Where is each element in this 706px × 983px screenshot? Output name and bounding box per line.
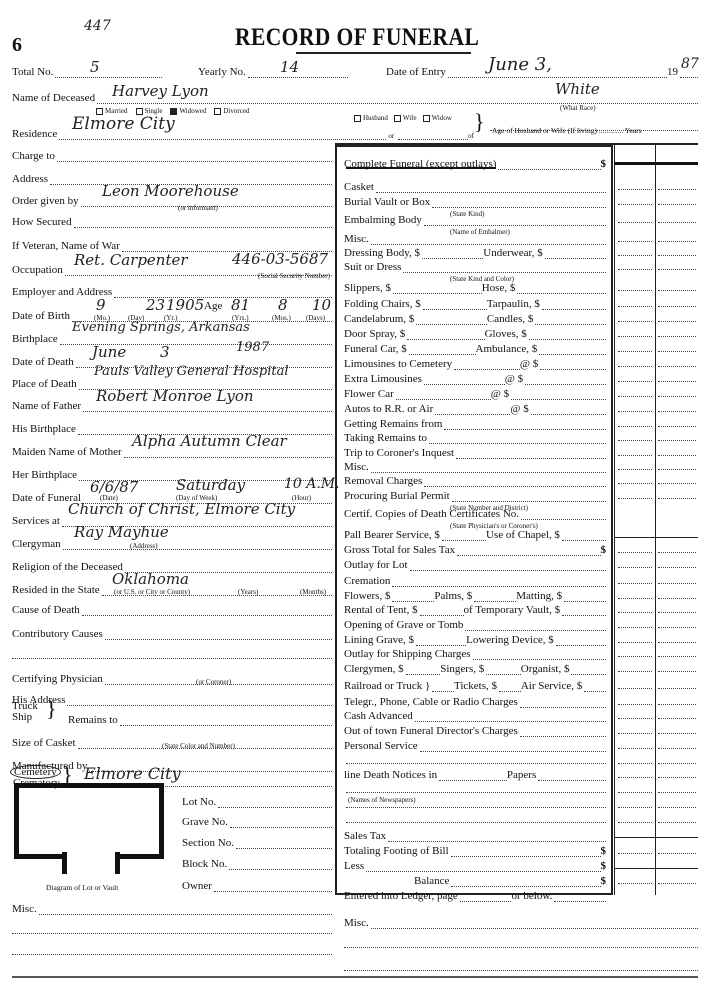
amount-separator: [614, 837, 698, 838]
charge-row-label: Trip to Coroner's Inquest: [344, 447, 454, 459]
birthplace-value: Evening Springs, Arkansas: [72, 320, 250, 335]
charge-row-label: Funeral Car, $: [344, 343, 407, 355]
amount-dollars-field[interactable]: [618, 567, 652, 568]
charge-row[interactable]: Limousines to Cemetery@ $: [344, 358, 606, 370]
amount-cents-field[interactable]: [658, 688, 696, 689]
charge-row-label: @ $: [510, 403, 528, 415]
charge-row[interactable]: [344, 799, 606, 808]
amount-dollars-field[interactable]: [618, 222, 652, 223]
amount-cents-field[interactable]: [658, 440, 696, 441]
age-days: 10: [312, 296, 331, 314]
charge-row[interactable]: Cash Advanced: [344, 710, 606, 722]
charge-row[interactable]: Funeral Car, $Ambulance, $: [344, 343, 606, 355]
place-of-death-value: Pauls Valley General Hospital: [94, 364, 289, 379]
charge-row-label: Ambulance, $: [476, 343, 538, 355]
charge-row-label: Railroad or Truck }: [344, 680, 430, 692]
amount-cents-field[interactable]: [658, 204, 696, 205]
marital-divorced[interactable]: Divorced: [214, 107, 249, 115]
charge-row[interactable]: Outlay for Shipping Charges: [344, 648, 606, 660]
charge-row[interactable]: Opening of Grave or Tomb: [344, 619, 606, 631]
charge-row[interactable]: [344, 784, 606, 793]
amount-dollars-field[interactable]: [618, 455, 652, 456]
amount-dollars-field[interactable]: [618, 642, 652, 643]
amount-cents-field[interactable]: [658, 396, 696, 397]
age-months: 8: [278, 296, 288, 314]
amount-cents-field[interactable]: [658, 483, 696, 484]
amount-dollars-field[interactable]: [618, 883, 652, 884]
charge-row-label: @ $: [491, 388, 509, 400]
charge-row[interactable]: Casket: [344, 181, 606, 193]
charge-row[interactable]: Flower Car@ $: [344, 388, 606, 400]
amount-dollars-field[interactable]: [618, 426, 652, 427]
spouse-group: Husband Wife Widow: [354, 114, 452, 122]
hint-months: (Months): [300, 588, 326, 596]
amount-cents-field[interactable]: [658, 567, 696, 568]
dollar-sign: $: [601, 158, 607, 170]
dod-day: 3: [160, 343, 170, 361]
clergyman-value: Ray Mayhue: [74, 523, 169, 541]
block-no-field[interactable]: Block No.: [182, 858, 332, 870]
diagram-caption: Diagram of Lot or Vault: [46, 883, 118, 892]
charge-row[interactable]: Slippers, $Hose, $: [344, 282, 606, 294]
charge-row-label: Complete Funeral (except outlays): [344, 158, 496, 170]
charge-row-label: of Temporary Vault, $: [464, 604, 561, 616]
charge-row-label: Lowering Device, $: [466, 634, 554, 646]
charge-row-label: Cremation: [344, 575, 390, 587]
amount-cents-field[interactable]: [658, 853, 696, 854]
hint-resided: (or U.S. or City or County): [114, 588, 190, 596]
title-underline: [296, 52, 471, 54]
ssn-value: 446-03-5687: [232, 250, 328, 268]
brace: }: [474, 112, 485, 132]
cause-of-death-field[interactable]: Cause of Death: [12, 604, 332, 616]
amount-dollars-field[interactable]: [618, 483, 652, 484]
charge-row-label: Removal Charges: [344, 475, 422, 487]
amount-dollars-field[interactable]: [618, 469, 652, 470]
amount-dollars-field[interactable]: [618, 396, 652, 397]
charge-row-label: Flowers, $: [344, 590, 390, 602]
amount-dollars-field[interactable]: [618, 656, 652, 657]
charge-row-label: Personal Service: [344, 740, 418, 752]
charge-row-label: Opening of Grave or Tomb: [344, 619, 463, 631]
charge-row-label: Extra Limousines: [344, 373, 422, 385]
amount-dollars-field[interactable]: [618, 189, 652, 190]
yearly-no-field[interactable]: Yearly No.: [198, 66, 348, 78]
charge-row[interactable]: Clergymen, $Singers, $Organist, $: [344, 663, 606, 675]
amount-cents-field[interactable]: [658, 883, 696, 884]
remains-to-field[interactable]: Remains to: [68, 714, 332, 726]
hint-years: (Years): [238, 588, 258, 596]
amount-cents-field[interactable]: [658, 792, 696, 793]
amount-dollars-field[interactable]: [618, 763, 652, 764]
charge-row-label: Door Spray, $: [344, 328, 405, 340]
amount-cents-field[interactable]: [658, 336, 696, 337]
charge-row-label: Papers: [507, 769, 536, 781]
casket-hint: (State Color and Number): [162, 742, 235, 750]
charge-row-label: Out of town Funeral Director's Charges: [344, 725, 518, 737]
race-hint: (What Race): [560, 104, 596, 112]
charge-row-label: Autos to R.R. or Air: [344, 403, 433, 415]
charge-row-label: Rental of Tent, $: [344, 604, 418, 616]
charge-row[interactable]: Taking Remains to: [344, 432, 606, 444]
amount-cents-field[interactable]: [658, 598, 696, 599]
charge-row-label: Telegr., Phone, Cable or Radio Charges: [344, 696, 518, 708]
charge-row-label: Palms, $: [434, 590, 472, 602]
charge-row-label: Matting, $: [516, 590, 562, 602]
charge-row-label: Candelabrum, $: [344, 313, 414, 325]
amount-cents-field[interactable]: [658, 498, 696, 499]
hint-days: (Days): [306, 314, 325, 322]
charge-row-label: Procuring Burial Permit: [344, 490, 450, 502]
misc-line-left[interactable]: [12, 946, 332, 955]
amount-dollars-field[interactable]: [618, 351, 652, 352]
misc-field-left[interactable]: Misc.: [12, 903, 332, 915]
charge-row-label: Gloves, $: [485, 328, 527, 340]
charge-row-label: Hose, $: [482, 282, 516, 294]
charge-row-label: Cash Advanced: [344, 710, 413, 722]
charge-row[interactable]: Lining Grave, $Lowering Device, $: [344, 634, 606, 646]
amount-cents-field[interactable]: [658, 269, 696, 270]
charge-row-label: Misc.: [344, 233, 369, 245]
amount-cents-field[interactable]: [658, 241, 696, 242]
charge-row-label: Outlay for Lot: [344, 559, 408, 571]
order-given-by-value: Leon Moorehouse: [102, 182, 239, 200]
residence-value: Elmore City: [72, 114, 175, 134]
clergyman-address-hint: (Address): [130, 542, 158, 550]
charge-row-label: Candles, $: [487, 313, 533, 325]
charge-row-label: Entered into Ledger, page: [344, 890, 458, 902]
charge-row[interactable]: Procuring Burial Permit: [344, 490, 606, 502]
column-divider: [611, 143, 613, 895]
informant-hint: (or informant): [178, 204, 218, 212]
total-no-field[interactable]: Total No.: [12, 66, 162, 78]
amount-cents-field[interactable]: [658, 222, 696, 223]
page-title: RECORD OF FUNERAL: [235, 24, 479, 52]
charge-row-label: Less: [344, 860, 364, 872]
amount-cents-field[interactable]: [658, 612, 696, 613]
charge-row[interactable]: Flowers, $Palms, $Matting, $: [344, 590, 606, 602]
dod-month: June: [92, 343, 126, 361]
amount-dollars-field[interactable]: [618, 853, 652, 854]
page-number: 6: [12, 34, 22, 57]
charge-row[interactable]: Telegr., Phone, Cable or Radio Charges: [344, 696, 606, 708]
charge-row-label: Lining Grave, $: [344, 634, 414, 646]
name-of-deceased-value: Harvey Lyon: [112, 82, 209, 100]
charge-row[interactable]: [344, 755, 606, 764]
charge-to-field[interactable]: Charge to: [12, 150, 332, 162]
charge-row[interactable]: Less$: [344, 860, 606, 872]
amount-dollars-field[interactable]: [618, 366, 652, 367]
grave-no-field[interactable]: Grave No.: [182, 816, 332, 828]
charge-row[interactable]: Trip to Coroner's Inquest: [344, 447, 606, 459]
amount-dollars-field[interactable]: [618, 671, 652, 672]
marital-widowed[interactable]: Widowed: [170, 107, 206, 115]
amount-cents-field[interactable]: [658, 469, 696, 470]
charge-row-label: Clergymen, $: [344, 663, 404, 675]
entry-year-value: 87: [681, 56, 699, 72]
charge-row[interactable]: Cremation: [344, 575, 606, 587]
amount-cents-field[interactable]: [658, 426, 696, 427]
truck-ship-label: TruckShip: [12, 701, 38, 723]
amount-cents-field[interactable]: [658, 351, 696, 352]
amount-dollars-field[interactable]: [618, 440, 652, 441]
dollar-sign: $: [601, 860, 607, 872]
section-no-field[interactable]: Section No.: [182, 837, 332, 849]
contributory-field-2[interactable]: [12, 650, 332, 659]
charge-row-label: Flower Car: [344, 388, 394, 400]
amount-dollars-field[interactable]: [618, 255, 652, 256]
charge-row[interactable]: Autos to R.R. or Air@ $: [344, 403, 606, 415]
charge-row-label: Totaling Footing of Bill: [344, 845, 449, 857]
charge-row[interactable]: Misc.: [344, 233, 606, 245]
charge-row-label: @ $: [505, 373, 523, 385]
charge-row-label: Use of Chapel, $: [486, 529, 560, 541]
charge-row[interactable]: Getting Remains from: [344, 418, 606, 430]
charge-row[interactable]: Sales Tax: [344, 830, 606, 842]
charge-row[interactable]: [344, 814, 606, 823]
charge-row-label: Dressing Body, $: [344, 247, 420, 259]
amount-dollars-field[interactable]: [618, 733, 652, 734]
amount-separator: [614, 537, 698, 538]
charge-row-label: Misc.: [344, 461, 369, 473]
charge-row[interactable]: Complete Funeral (except outlays)$: [344, 158, 606, 170]
spouse-wife[interactable]: Wife: [394, 114, 417, 122]
amount-cents-field[interactable]: [658, 583, 696, 584]
charge-row[interactable]: Totaling Footing of Bill$: [344, 845, 606, 857]
father-value: Robert Monroe Lyon: [96, 387, 254, 405]
amount-dollars-field[interactable]: [618, 306, 652, 307]
date-of-entry-value: June 3,: [488, 54, 552, 75]
charge-row-label: Casket: [344, 181, 374, 193]
amount-dollars-field[interactable]: [618, 598, 652, 599]
charge-row[interactable]: Misc.: [344, 461, 606, 473]
amount-cents-field[interactable]: [658, 777, 696, 778]
services-at-value: Church of Christ, Elmore City: [68, 500, 295, 518]
amount-dollars-field[interactable]: [618, 381, 652, 382]
charge-row-label: Sales Tax: [344, 830, 386, 842]
amount-dollars-field[interactable]: [618, 822, 652, 823]
charge-row[interactable]: Gross Total for Sales Tax$: [344, 544, 606, 556]
charge-row[interactable]: Balance$: [344, 875, 606, 887]
amount-dollars-field[interactable]: [618, 777, 652, 778]
amount-dollars-field[interactable]: [618, 269, 652, 270]
charge-row[interactable]: Rental of Tent, $of Temporary Vault, $: [344, 604, 606, 616]
charge-row-label: @ $: [520, 358, 538, 370]
charge-row-label: Outlay for Shipping Charges: [344, 648, 471, 660]
charge-row[interactable]: Certif. Copies of Death Certificates No.: [344, 508, 606, 520]
charge-row[interactable]: Outlay for Lot: [344, 559, 606, 571]
charge-row-label: Taking Remains to: [344, 432, 427, 444]
amount-dollars-field[interactable]: [618, 704, 652, 705]
charge-row-label: Air Service, $: [521, 680, 582, 692]
amount-dollars-field[interactable]: [618, 290, 652, 291]
amount-cents-field[interactable]: [658, 255, 696, 256]
amount-dollars-field[interactable]: [618, 748, 652, 749]
amount-cents-field[interactable]: [658, 718, 696, 719]
charge-row-label: Tarpaulin, $: [487, 298, 540, 310]
charge-row[interactable]: line Death Notices inPapers: [344, 769, 606, 781]
amount-dollars-field[interactable]: [618, 612, 652, 613]
charge-row-label: Embalming Body: [344, 214, 422, 226]
column-divider: [655, 143, 656, 895]
charge-row[interactable]: Pall Bearer Service, $Use of Chapel, $: [344, 529, 606, 541]
amount-dollars-field[interactable]: [618, 411, 652, 412]
charge-row-label: line Death Notices in: [344, 769, 437, 781]
charge-row[interactable]: Out of town Funeral Director's Charges: [344, 725, 606, 737]
amount-cents-field[interactable]: [658, 822, 696, 823]
amount-cents-field[interactable]: [658, 306, 696, 307]
brace: }: [46, 698, 57, 720]
occupation-value: Ret. Carpenter: [74, 251, 188, 269]
amount-cents-field[interactable]: [658, 321, 696, 322]
amount-cents-field[interactable]: [658, 552, 696, 553]
amount-cents-field[interactable]: [658, 627, 696, 628]
clergyman-field[interactable]: Clergyman: [12, 538, 332, 550]
funeral-day: Saturday: [176, 476, 245, 494]
diagram-stem: [115, 852, 120, 874]
charge-row-label: Singers, $: [440, 663, 484, 675]
amount-separator: [614, 868, 698, 869]
spouse-age-label: Age of Husband or Wife (If living) .....…: [492, 126, 642, 135]
charge-row[interactable]: Embalming Body: [344, 214, 606, 226]
misc-field-right[interactable]: Misc.: [344, 917, 698, 929]
bottom-rule: [12, 976, 698, 978]
dod-year: 1987: [236, 340, 269, 355]
charge-row-label: Folding Chairs, $: [344, 298, 421, 310]
amount-dollars-field[interactable]: [618, 807, 652, 808]
resided-value: Oklahoma: [112, 570, 189, 588]
age-years: 81: [231, 296, 250, 314]
charge-row[interactable]: Door Spray, $Gloves, $: [344, 328, 606, 340]
dob-day: 23: [146, 296, 165, 314]
charge-row[interactable]: Removal Charges: [344, 475, 606, 487]
lot-no-field[interactable]: Lot No.: [182, 796, 332, 808]
amount-cents-field[interactable]: [658, 733, 696, 734]
amount-dollars-field[interactable]: [618, 688, 652, 689]
amount-dollars-field[interactable]: [618, 792, 652, 793]
misc-line-left[interactable]: [12, 925, 332, 934]
funeral-hour: 10 A.M.: [284, 476, 340, 492]
charge-row[interactable]: Dressing Body, $Underwear, $: [344, 247, 606, 259]
charge-row-label: Tickets, $: [454, 680, 497, 692]
amount-dollars-field[interactable]: [618, 552, 652, 553]
amount-cents-field[interactable]: [658, 763, 696, 764]
dollar-sign: $: [601, 845, 607, 857]
total-no-value: 5: [90, 58, 100, 76]
charge-row-label: Suit or Dress: [344, 261, 401, 273]
amount-header-rule: [614, 162, 698, 165]
physician-field[interactable]: Certifying Physician: [12, 673, 332, 685]
charge-row-label: Limousines to Cemetery: [344, 358, 452, 370]
charge-row-label: Gross Total for Sales Tax: [344, 544, 455, 556]
amount-dollars-field[interactable]: [618, 718, 652, 719]
charge-row[interactable]: Entered into Ledger, pageor below.: [344, 890, 606, 902]
charge-row[interactable]: Suit or Dress: [344, 261, 606, 273]
charge-row[interactable]: Burial Vault or Box: [344, 196, 606, 208]
yearly-no-value: 14: [280, 58, 299, 76]
mother-value: Alpha Autumn Clear: [132, 432, 287, 450]
charge-row[interactable]: Candelabrum, $Candles, $: [344, 313, 606, 325]
race-value: White: [555, 80, 600, 98]
dollar-sign: $: [601, 875, 607, 887]
hint-mos: (Mos.): [272, 314, 291, 322]
amount-dollars-field[interactable]: [618, 204, 652, 205]
charge-row-label: Balance: [414, 875, 449, 887]
dollar-sign: $: [601, 544, 607, 556]
amount-cents-field[interactable]: [658, 411, 696, 412]
amount-dollars-field[interactable]: [618, 627, 652, 628]
charge-row-label: or below.: [511, 890, 552, 902]
amount-cents-field[interactable]: [658, 290, 696, 291]
charge-row[interactable]: Personal Service: [344, 740, 606, 752]
amount-dollars-field[interactable]: [618, 583, 652, 584]
age-label: Age: [204, 300, 222, 312]
charge-row-label: Certif. Copies of Death Certificates No.: [344, 508, 519, 520]
charge-row-label: Getting Remains from: [344, 418, 442, 430]
amount-cents-field[interactable]: [658, 671, 696, 672]
spouse-husband[interactable]: Husband: [354, 114, 388, 122]
charge-row-label: Pall Bearer Service, $: [344, 529, 440, 541]
his-address-field[interactable]: His Address: [12, 694, 332, 706]
amount-cents-field[interactable]: [658, 381, 696, 382]
dob-month: 9: [96, 296, 106, 314]
cemetery-value: Elmore City: [84, 764, 181, 783]
how-secured-field[interactable]: How Secured: [12, 216, 332, 228]
owner-field[interactable]: Owner: [182, 880, 332, 892]
amount-dollars-field[interactable]: [618, 498, 652, 499]
charge-row[interactable]: Extra Limousines@ $: [344, 373, 606, 385]
amount-cents-field[interactable]: [658, 455, 696, 456]
ssn-hint: (Social Security Number): [258, 272, 330, 280]
amount-cents-field[interactable]: [658, 656, 696, 657]
charge-row-label: Organist, $: [521, 663, 570, 675]
dob-year: 1905: [166, 296, 204, 314]
amount-cents-field[interactable]: [658, 807, 696, 808]
amount-cents-field[interactable]: [658, 189, 696, 190]
amount-dollars-field[interactable]: [618, 321, 652, 322]
charge-row[interactable]: Folding Chairs, $Tarpaulin, $: [344, 298, 606, 310]
amount-dollars-field[interactable]: [618, 241, 652, 242]
amount-cents-field[interactable]: [658, 366, 696, 367]
contributory-field[interactable]: Contributory Causes: [12, 628, 332, 640]
amount-dollars-field[interactable]: [618, 336, 652, 337]
spouse-widow[interactable]: Widow: [423, 114, 452, 122]
charge-row-label: Underwear, $: [483, 247, 542, 259]
lot-diagram: [14, 783, 164, 859]
amount-cents-field[interactable]: [658, 704, 696, 705]
misc-line-right[interactable]: [344, 939, 698, 948]
amount-cents-field[interactable]: [658, 748, 696, 749]
coroner-hint: (or Coroner): [196, 678, 231, 686]
amount-cents-field[interactable]: [658, 642, 696, 643]
charge-row-label: Burial Vault or Box: [344, 196, 430, 208]
charge-row[interactable]: Railroad or Truck }Tickets, $Air Service…: [344, 680, 606, 692]
charge-row-label: Slippers, $: [344, 282, 391, 294]
misc-line-right[interactable]: [344, 962, 698, 971]
total-no-annotation: 447: [84, 18, 111, 34]
